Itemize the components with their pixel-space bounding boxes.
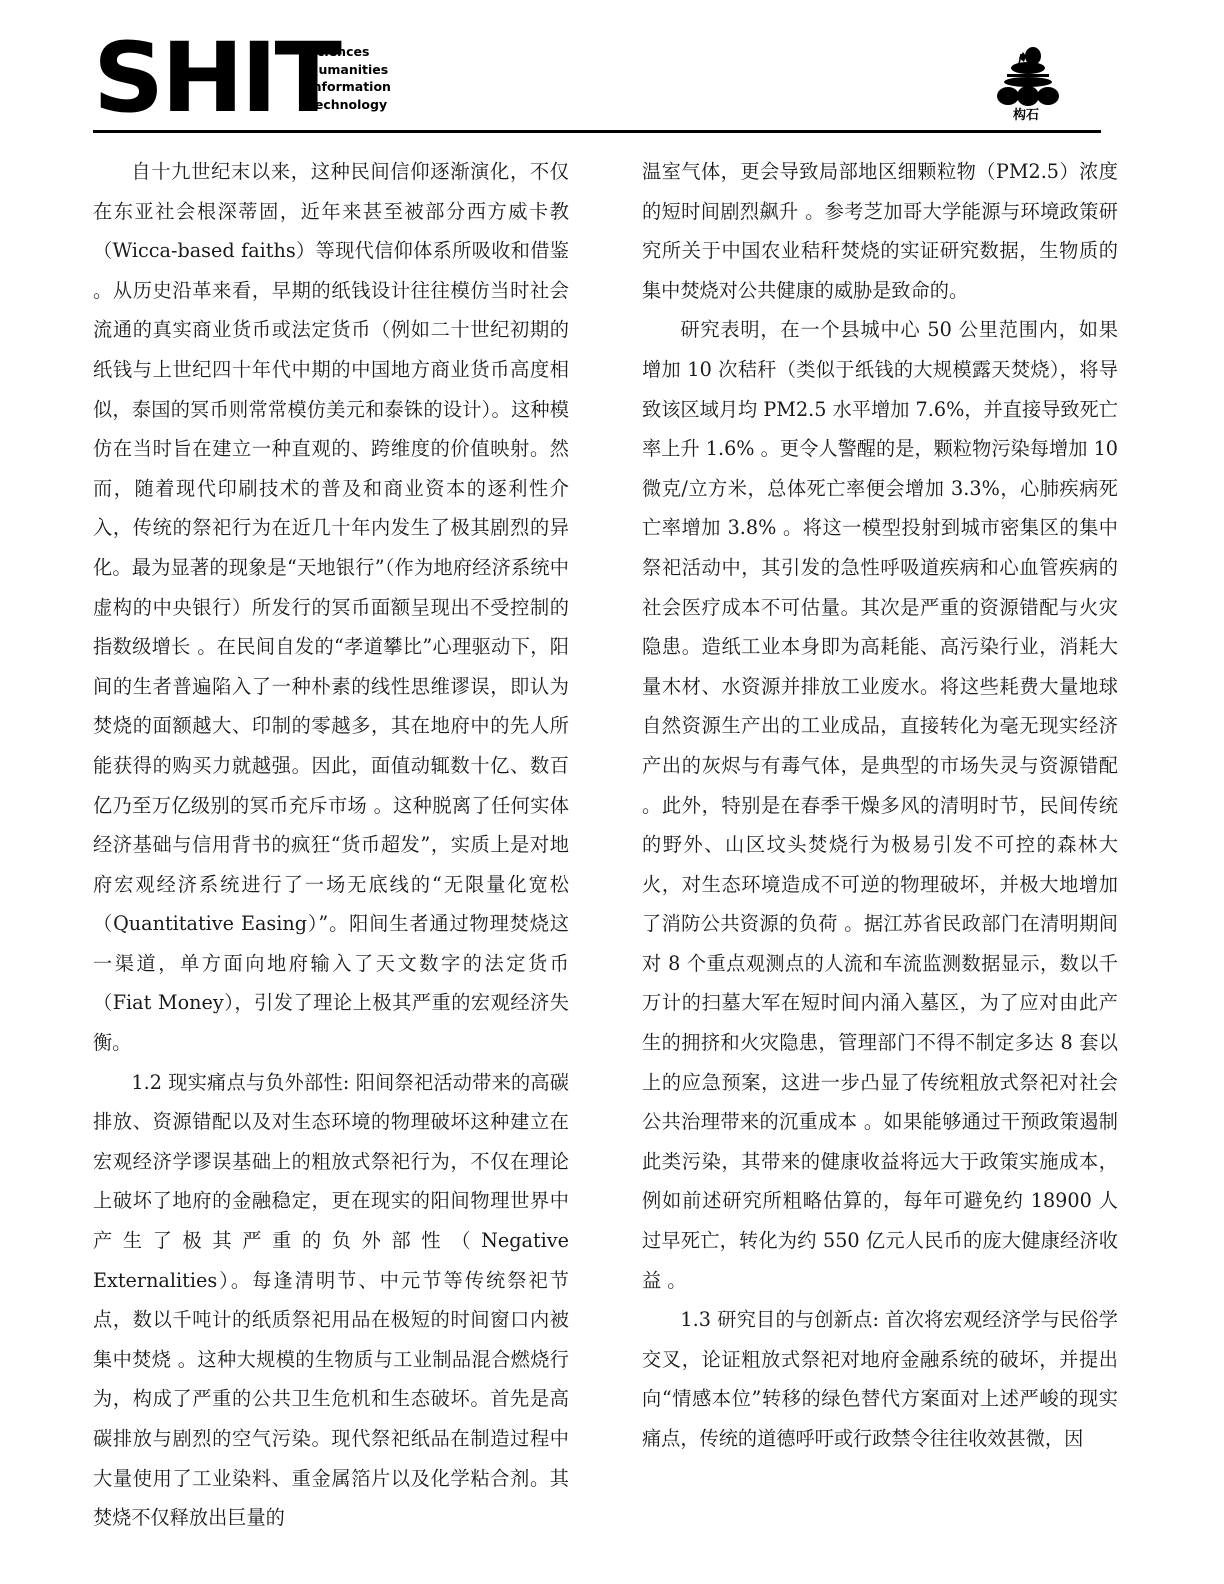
section-1-3-paragraph: 1.3 研究目的与创新点: 首次将宏观经济学与民俗学交叉，论证粗放式祭祀对地府金… bbox=[642, 1300, 1118, 1458]
right-column: 温室气体，更会导致局部地区细颗粒物（PM2.5）浓度的短时间剧烈飙升 。参考芝加… bbox=[642, 152, 1118, 1459]
logo-subtitle-line: Information bbox=[308, 78, 391, 96]
emblem-label: 构石 bbox=[1013, 104, 1039, 123]
logo-subtitle-line: Humanities bbox=[308, 61, 391, 79]
body-paragraph: 自十九世纪末以来，这种民间信仰逐渐演化，不仅在东亚社会根深蒂固，近年来甚至被部分… bbox=[93, 152, 569, 1063]
logo-subtitle-line: Sciences bbox=[308, 43, 391, 61]
logo-subtitle-line: Technology bbox=[308, 96, 391, 114]
journal-logo-wordmark: SHIT bbox=[93, 40, 339, 116]
section-1-2-paragraph: 1.2 现实痛点与负外部性: 阳间祭祀活动带来的高碳排放、资源错配以及对生态环境… bbox=[93, 1063, 569, 1538]
page-header: SHIT Sciences Humanities Information Tec… bbox=[93, 40, 1101, 132]
body-paragraph: 研究表明，在一个县城中心 50 公里范围内，如果增加 10 次秸秆（类似于纸钱的… bbox=[642, 310, 1118, 1300]
header-divider bbox=[93, 130, 1101, 133]
body-paragraph-continued: 温室气体，更会导致局部地区细颗粒物（PM2.5）浓度的短时间剧烈飙升 。参考芝加… bbox=[642, 152, 1118, 310]
journal-logo-subtitle: Sciences Humanities Information Technolo… bbox=[308, 43, 391, 113]
left-column: 自十九世纪末以来，这种民间信仰逐渐演化，不仅在东亚社会根深蒂固，近年来甚至被部分… bbox=[93, 152, 569, 1538]
